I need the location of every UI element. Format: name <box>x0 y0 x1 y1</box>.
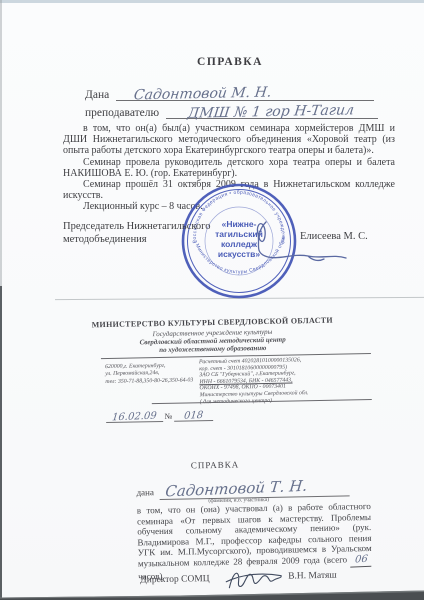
address-block: 620000,г. Екатеринбург, ул. Первомайская… <box>105 362 200 386</box>
signature-row: Директор СОМЦ В.Н. Матяш <box>5 562 424 600</box>
signature-eliseeva <box>250 218 350 268</box>
teacher-blank-line: ДМШ № 1 гор Н-Тагил <box>166 102 378 119</box>
scanned-certificate-page: СПРАВКА Дана Садонтовой М. Н. преподават… <box>0 0 424 600</box>
date-and-number-row: 16.02.09 № 018 <box>106 410 213 423</box>
bank-details-block: Расчетный счет 40202810100000135026, кор… <box>199 356 370 405</box>
handwritten-school-name: ДМШ № 1 гор Н-Тагил <box>187 102 355 121</box>
handwritten-number: 018 <box>174 411 213 422</box>
director-name: В.Н. Матяш <box>288 571 337 582</box>
teacher-row: преподавателю ДМШ № 1 гор Н-Тагил <box>85 102 378 119</box>
ministry-certificate: МИНИСТЕРСТВО КУЛЬТУРЫ СВЕРДЛОВСКОЙ ОБЛАС… <box>0 304 424 600</box>
given-to-row: Дана Садонтовой М. Н. <box>85 84 374 101</box>
paragraph-participation: в том, что он(а) был(а) участником семин… <box>63 123 395 157</box>
director-role: Директор СОМЦ <box>140 574 210 585</box>
signature-matyash <box>223 565 286 594</box>
signer-role-line-1: Председатель Нижнетагильского <box>63 221 210 234</box>
given-blank-line: Садонтовой М. Н. <box>116 84 374 101</box>
signer-role-line-2: методобъединения <box>63 234 210 247</box>
given-label-2: дана <box>136 487 154 497</box>
scan-edge-top <box>0 0 424 3</box>
certificate-title-2: СПРАВКА <box>45 457 385 474</box>
handwritten-recipient-name: Садонтовой М. Н. <box>133 85 273 104</box>
paragraph-seminar-details: в том, что он (она) участвовал (а) в раб… <box>137 501 372 568</box>
teacher-label: преподавателю <box>85 107 159 119</box>
certificate-title: СПРАВКА <box>60 56 400 68</box>
number-sign: № <box>165 412 173 421</box>
given-label: Дана <box>85 89 109 101</box>
address-line: тел: 350-71-88,350-80-26,350-64-03 <box>105 377 200 386</box>
handwritten-date: 16.02.09 <box>106 412 163 423</box>
signer-role: Председатель Нижнетагильского методобъед… <box>63 221 210 246</box>
paragraph-seminar-leader: Семинар провела руководитель детского хо… <box>63 157 395 179</box>
signer-name: Елисеева М. С. <box>300 231 368 242</box>
